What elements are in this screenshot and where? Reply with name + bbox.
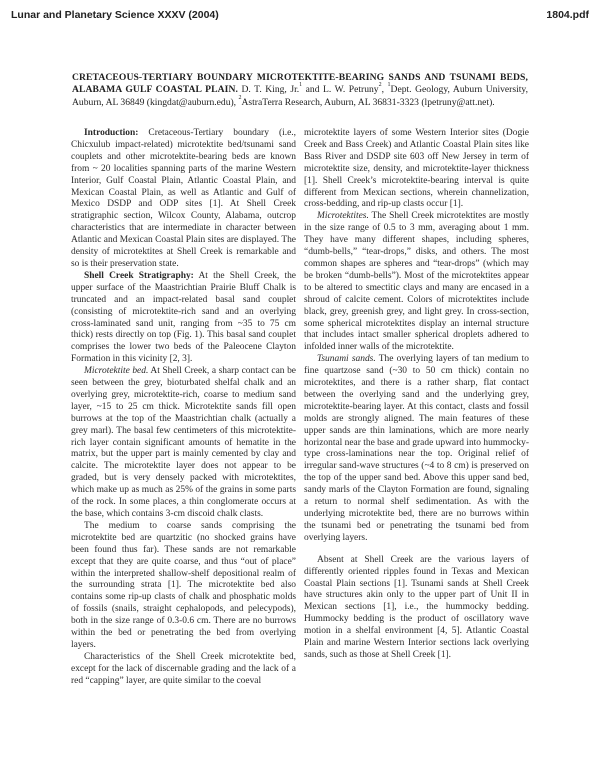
paragraph-absent: Absent at Shell Creek are the various la…: [304, 555, 529, 662]
paragraph-characteristics-cont: microtektite layers of some Western Inte…: [304, 128, 529, 211]
file-id: 1804.pdf: [546, 9, 589, 21]
microtektites-text: The Shell Creek microtektites are mostly…: [304, 211, 529, 352]
author-1: D. T. King, Jr.: [238, 84, 299, 95]
paragraph-microtektite-bed: Microtektite bed. At Shell Creek, a shar…: [71, 366, 296, 521]
paragraph-tsunami-sands: Tsunami sands. The overlying layers of t…: [304, 354, 529, 545]
stratigraphy-text: At the Shell Creek, the upper surface of…: [71, 271, 296, 364]
title-block: CRETACEOUS-TERTIARY BOUNDARY MICROTEKTIT…: [72, 72, 528, 109]
paragraph-microtektites: Microtektites. The Shell Creek microtekt…: [304, 211, 529, 354]
left-column: Introduction: Cretaceous-Tertiary bounda…: [71, 128, 296, 688]
microtektite-bed-text: At Shell Creek, a sharp contact can be s…: [71, 366, 296, 519]
author-2-affil-mark: 2: [379, 82, 382, 88]
heading-stratigraphy: Shell Creek Stratigraphy:: [84, 271, 194, 281]
author-1-affil-mark: 1: [299, 82, 302, 88]
journal-name: Lunar and Planetary Science XXXV (2004): [11, 9, 219, 21]
right-column: microtektite layers of some Western Inte…: [304, 128, 529, 662]
tsunami-sands-text: The overlying layers of tan medium to fi…: [304, 354, 529, 543]
paragraph-medium-sands: The medium to coarse sands comprising th…: [71, 521, 296, 652]
paragraph-stratigraphy: Shell Creek Stratigraphy: At the Shell C…: [71, 271, 296, 366]
intro-text: Cretaceous-Tertiary boundary (i.e., Chic…: [71, 128, 296, 269]
heading-introduction: Introduction:: [84, 128, 138, 138]
heading-microtektite-bed: Microtektite bed.: [84, 366, 148, 376]
heading-tsunami-sands: Tsunami sands.: [317, 354, 376, 364]
affiliation-1-mark: 1: [388, 82, 391, 88]
paragraph-introduction: Introduction: Cretaceous-Tertiary bounda…: [71, 128, 296, 271]
running-header: Lunar and Planetary Science XXXV (2004) …: [11, 9, 589, 23]
author-2: and L. W. Petruny: [302, 84, 378, 95]
affiliation-2: AstraTerra Research, Auburn, AL 36831-33…: [241, 97, 494, 108]
heading-microtektites: Microtektites.: [317, 211, 369, 221]
paragraph-characteristics: Characteristics of the Shell Creek micro…: [71, 652, 296, 688]
